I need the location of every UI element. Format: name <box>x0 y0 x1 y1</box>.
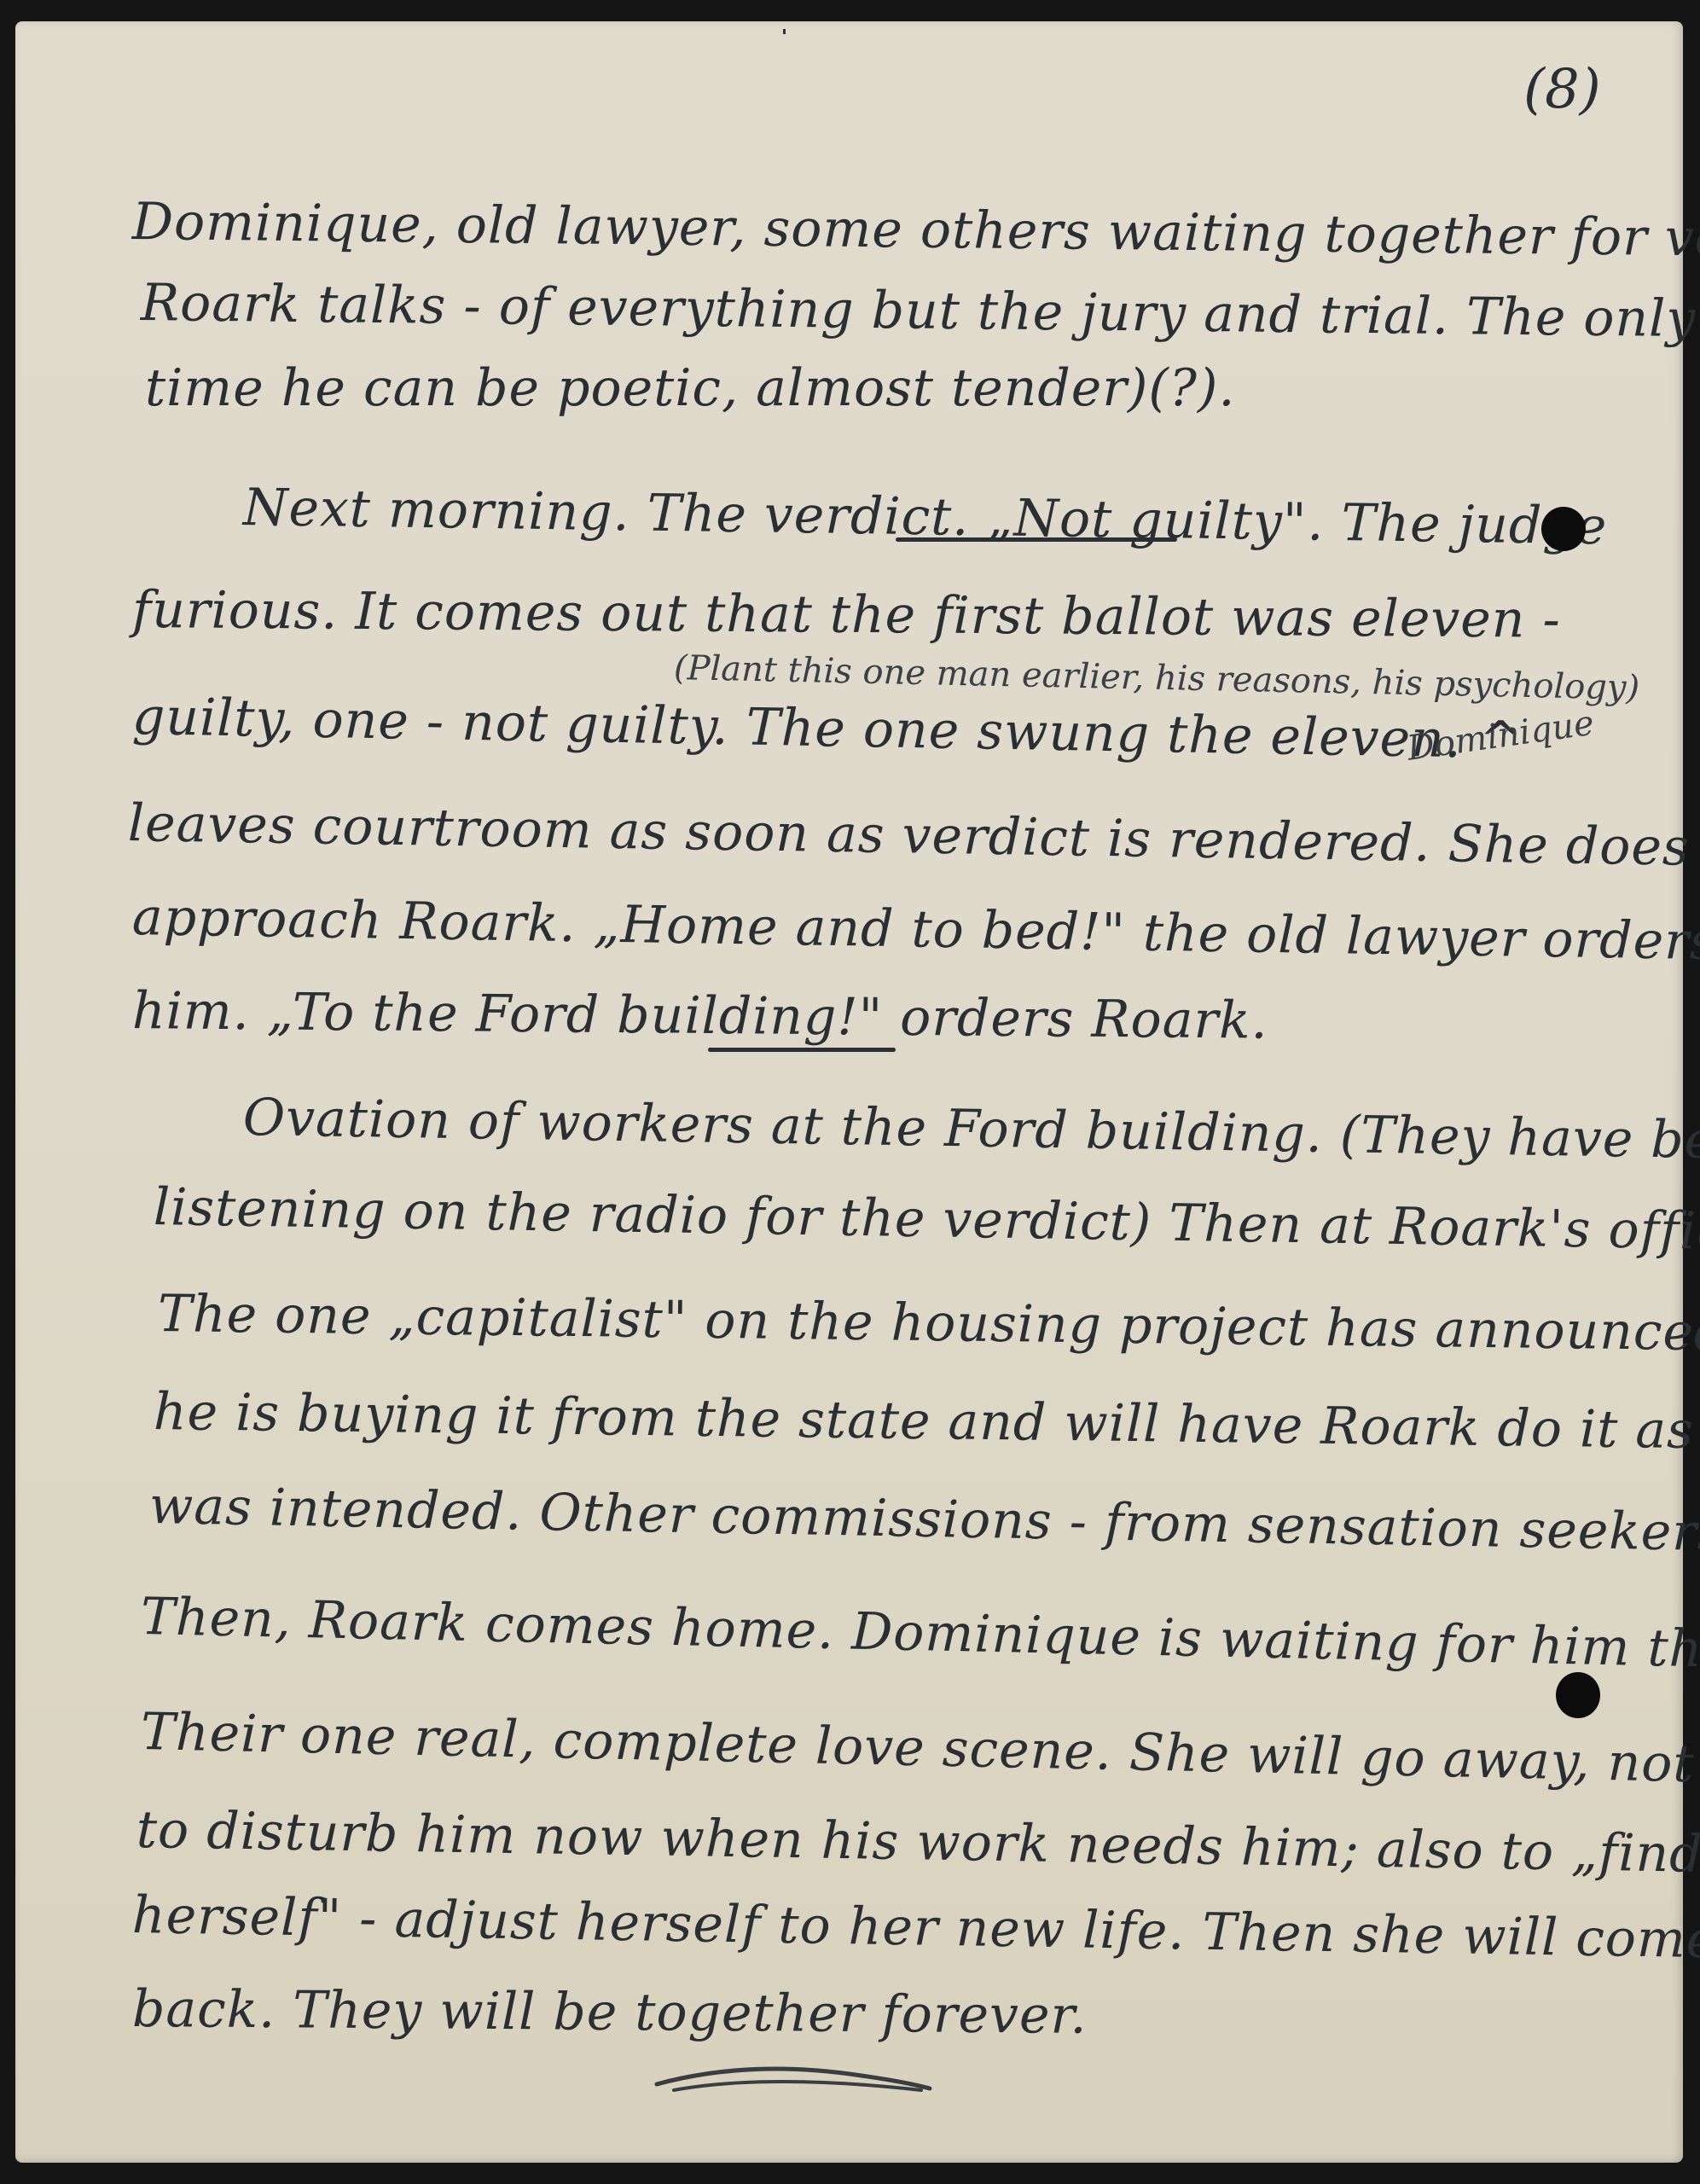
text-line: him. „To the Ford building!" orders Roar… <box>132 981 1268 1051</box>
underline-building <box>708 1048 896 1052</box>
punch-hole <box>1541 507 1586 551</box>
page-number: (8) <box>1523 58 1601 121</box>
pin-mark <box>783 29 786 34</box>
punch-hole <box>1556 1672 1600 1718</box>
end-flourish <box>648 2063 938 2097</box>
text-line: time he can be poetic, almost tender)(?)… <box>145 358 1235 418</box>
text-line: furious. It comes out that the first bal… <box>132 580 1561 650</box>
text-line: back. They will be together forever. <box>132 1979 1088 2046</box>
underline-not-guilty <box>896 537 1177 542</box>
